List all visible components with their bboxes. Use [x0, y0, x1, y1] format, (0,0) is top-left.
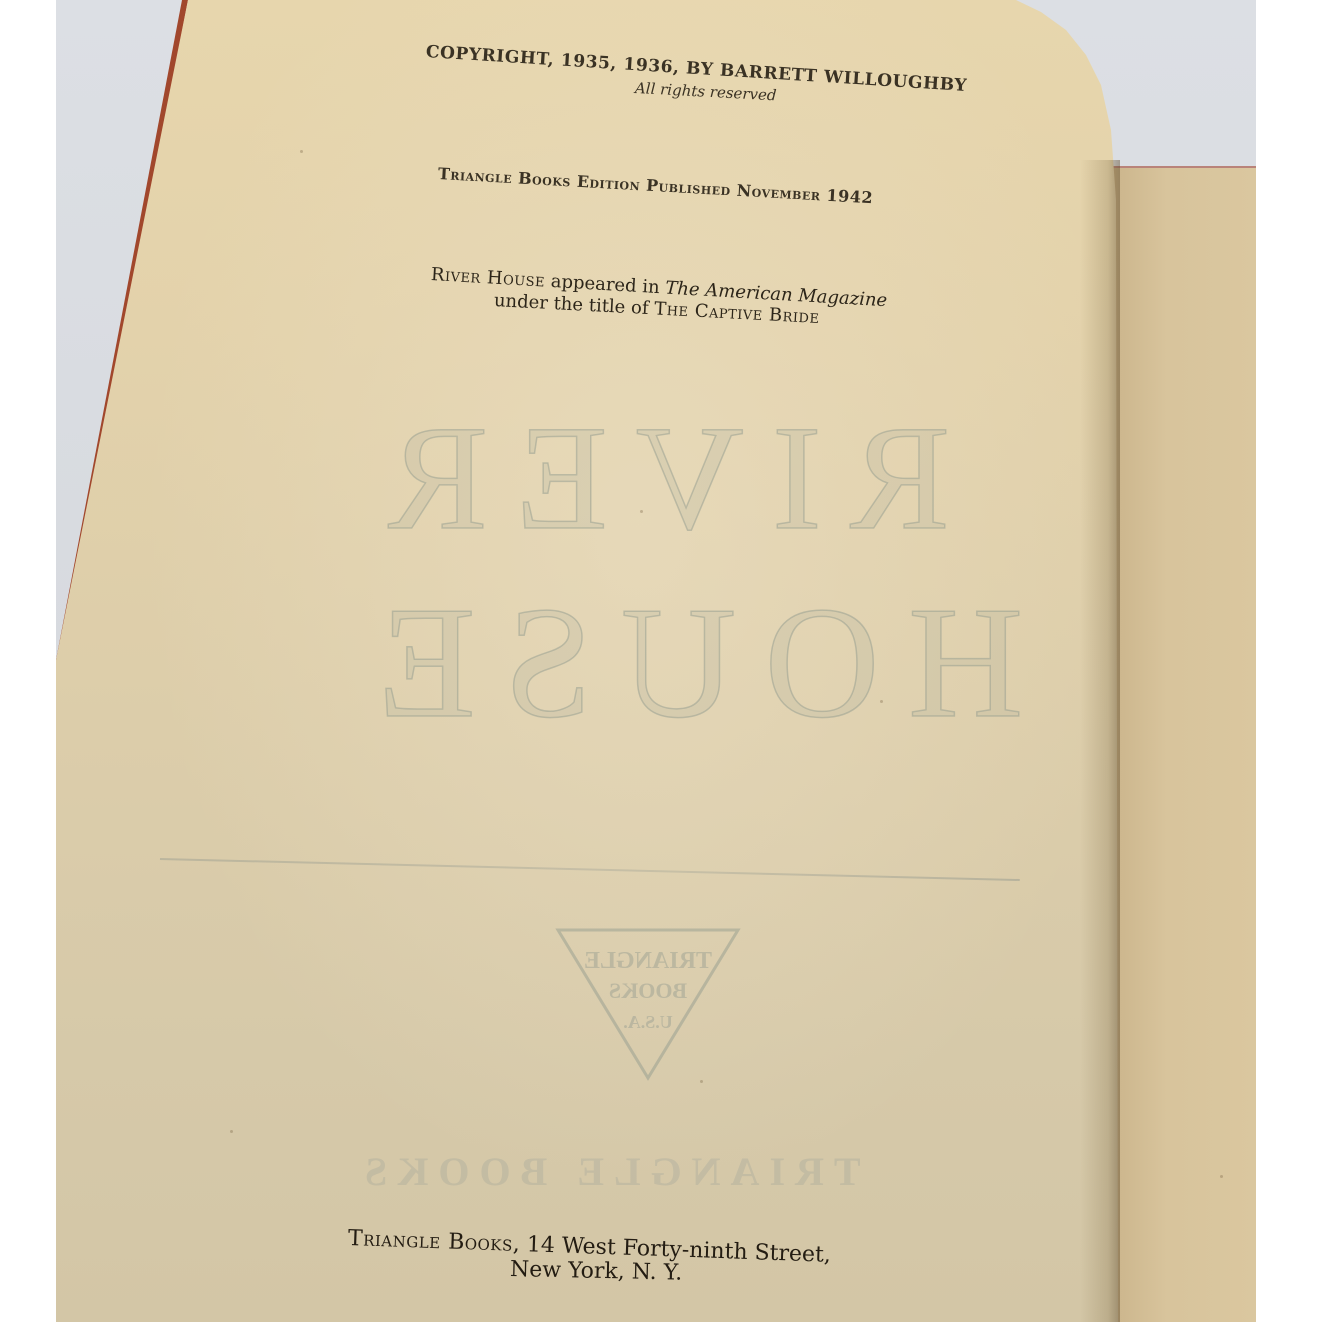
- bleed-title-river: RIVER: [360, 392, 950, 564]
- paper-speck: [1220, 1175, 1223, 1178]
- paper-speck: [880, 700, 883, 703]
- right-page: [1108, 166, 1256, 1322]
- bleed-title-house: HOUSE: [350, 570, 1023, 755]
- paper-speck: [230, 1130, 233, 1133]
- svg-text:TRIANGLE: TRIANGLE: [584, 948, 712, 974]
- paper-speck: [700, 1080, 703, 1083]
- bleed-publisher-name: TRIANGLE BOOKS: [355, 1148, 861, 1195]
- book-photo: RIVER HOUSE TRIANGLE BOOKS U.S.A. TRIANG…: [0, 0, 1322, 1322]
- publisher-city: New York, N. Y.: [510, 1257, 683, 1286]
- paper-speck: [640, 510, 643, 513]
- svg-text:U.S.A.: U.S.A.: [623, 1012, 673, 1032]
- svg-text:BOOKS: BOOKS: [609, 978, 687, 1003]
- paper-speck: [300, 150, 303, 153]
- bleed-triangle-logo-icon: TRIANGLE BOOKS U.S.A.: [548, 918, 748, 1088]
